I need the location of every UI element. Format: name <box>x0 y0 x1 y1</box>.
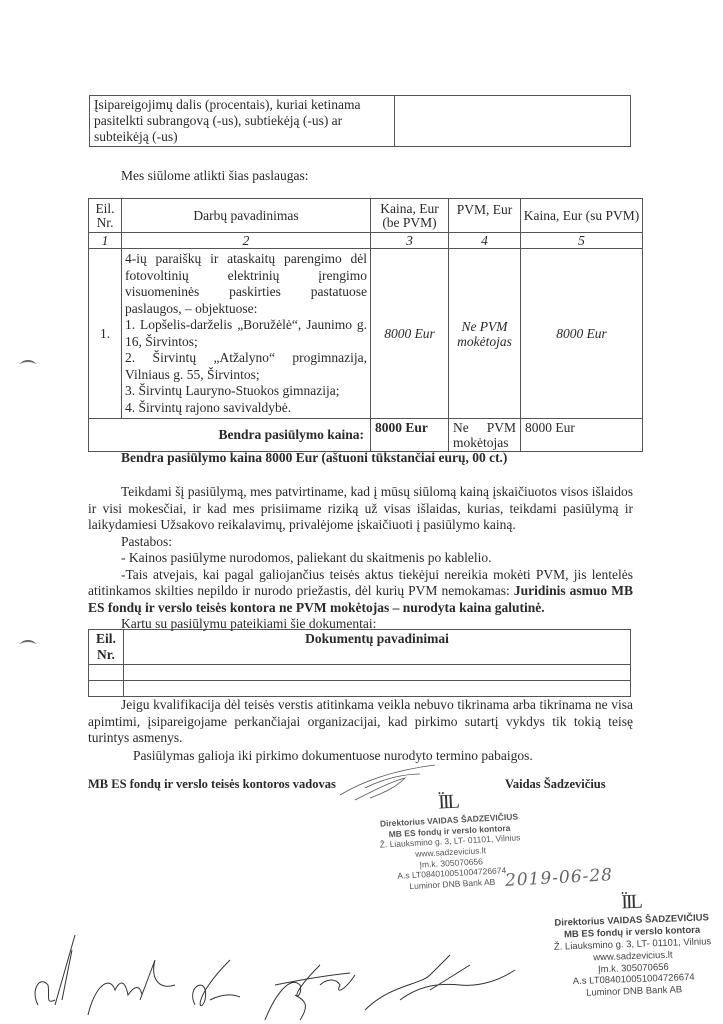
closing-text: Jeigu kvalifikacija dėl teisės verstis a… <box>88 697 633 764</box>
row-nr: 1. <box>89 249 122 419</box>
col-number: 5 <box>521 233 643 249</box>
object-item: 3. Širvintų Lauryno-Stuokos gimnazija; <box>125 383 367 400</box>
note-decimals: - Kainos pasiūlyme nurodomos, paliekant … <box>88 550 633 567</box>
notes-label: Pastabos: <box>88 534 633 551</box>
header-work-name: Darbų pavadinimas <box>122 199 371 233</box>
services-table-col-numbers: 1 2 3 4 5 <box>89 233 643 249</box>
documents-table-header: Eil. Nr. Dokumentų pavadinimai <box>89 630 631 665</box>
total-price-sentence: Bendra pasiūlymo kaina 8000 Eur (aštuoni… <box>121 450 507 466</box>
handwritten-date: 2019-06-28 <box>505 865 614 891</box>
row-price-ex-vat: 8000 Eur <box>371 249 449 419</box>
doc-row-name <box>124 665 631 681</box>
table-row <box>89 665 631 681</box>
header-price-ex-vat: Kaina, Eur (be PVM) <box>371 199 449 233</box>
subcontractor-share-value <box>395 96 631 147</box>
table-row: 1. 4-ių paraiškų ir ataskaitų parengimo … <box>89 249 643 419</box>
table-row <box>89 681 631 697</box>
subcontractor-share-table: Įsipareigojimų dalis (procentais), kuria… <box>89 95 631 147</box>
object-item: 2. Širvintų „Atžalyno“ progimnazija, Vil… <box>125 350 367 383</box>
total-label: Bendra pasiūlymo kaina: <box>89 419 371 452</box>
doc-row-name <box>124 681 631 697</box>
handwritten-signatures-row <box>0 905 723 1024</box>
header-vat: PVM, Eur <box>449 199 521 233</box>
subcontractor-share-label: Įsipareigojimų dalis (procentais), kuria… <box>90 96 395 147</box>
doc-row-nr <box>89 681 124 697</box>
services-table-header: Eil. Nr. Darbų pavadinimas Kaina, Eur (b… <box>89 199 643 233</box>
total-row: Bendra pasiūlymo kaina: 8000 Eur Ne PVM … <box>89 419 643 452</box>
col-number: 1 <box>89 233 122 249</box>
documents-table: Eil. Nr. Dokumentų pavadinimai <box>88 629 631 697</box>
body-text: Teikdami šį pasiūlymą, mes patvirtiname,… <box>88 484 633 633</box>
total-vat: Ne PVM mokėtojas <box>449 419 521 452</box>
header-price-inc-vat: Kaina, Eur (su PVM) <box>521 199 643 233</box>
services-intro: Mes siūlome atlikti šias paslaugas: <box>121 168 308 184</box>
total-price-inc-vat: 8000 Eur <box>521 419 643 452</box>
row-vat: Ne PVM mokėtojas <box>449 249 521 419</box>
signatory-role: MB ES fondų ir verslo teisės kontoros va… <box>88 777 336 792</box>
header-nr: Eil. Nr. <box>89 199 122 233</box>
confirmation-paragraph: Teikdami šį pasiūlymą, mes patvirtiname,… <box>88 484 633 534</box>
total-price-ex-vat: 8000 Eur <box>371 419 449 452</box>
doc-header-nr: Eil. Nr. <box>89 630 124 665</box>
qualification-paragraph: Jeigu kvalifikacija dėl teisės verstis a… <box>88 697 633 747</box>
work-description: 4-ių paraiškų ir ataskaitų parengimo dėl… <box>125 251 367 317</box>
punch-hole-mark <box>20 640 36 650</box>
doc-header-name: Dokumentų pavadinimai <box>124 630 631 665</box>
doc-row-nr <box>89 665 124 681</box>
object-item: 1. Lopšelis-darželis „Boružėlė“, Jaunimo… <box>125 317 367 350</box>
punch-hole-mark <box>20 360 36 370</box>
col-number: 4 <box>449 233 521 249</box>
col-number: 2 <box>122 233 371 249</box>
row-work-name: 4-ių paraiškų ir ataskaitų parengimo dėl… <box>122 249 371 419</box>
services-table: Eil. Nr. Darbų pavadinimas Kaina, Eur (b… <box>88 198 643 452</box>
row-price-inc-vat: 8000 Eur <box>521 249 643 419</box>
object-item: 4. Širvintų rajono savivaldybė. <box>125 400 367 417</box>
note-vat: -Tais atvejais, kai pagal galiojančius t… <box>88 567 633 617</box>
col-number: 3 <box>371 233 449 249</box>
